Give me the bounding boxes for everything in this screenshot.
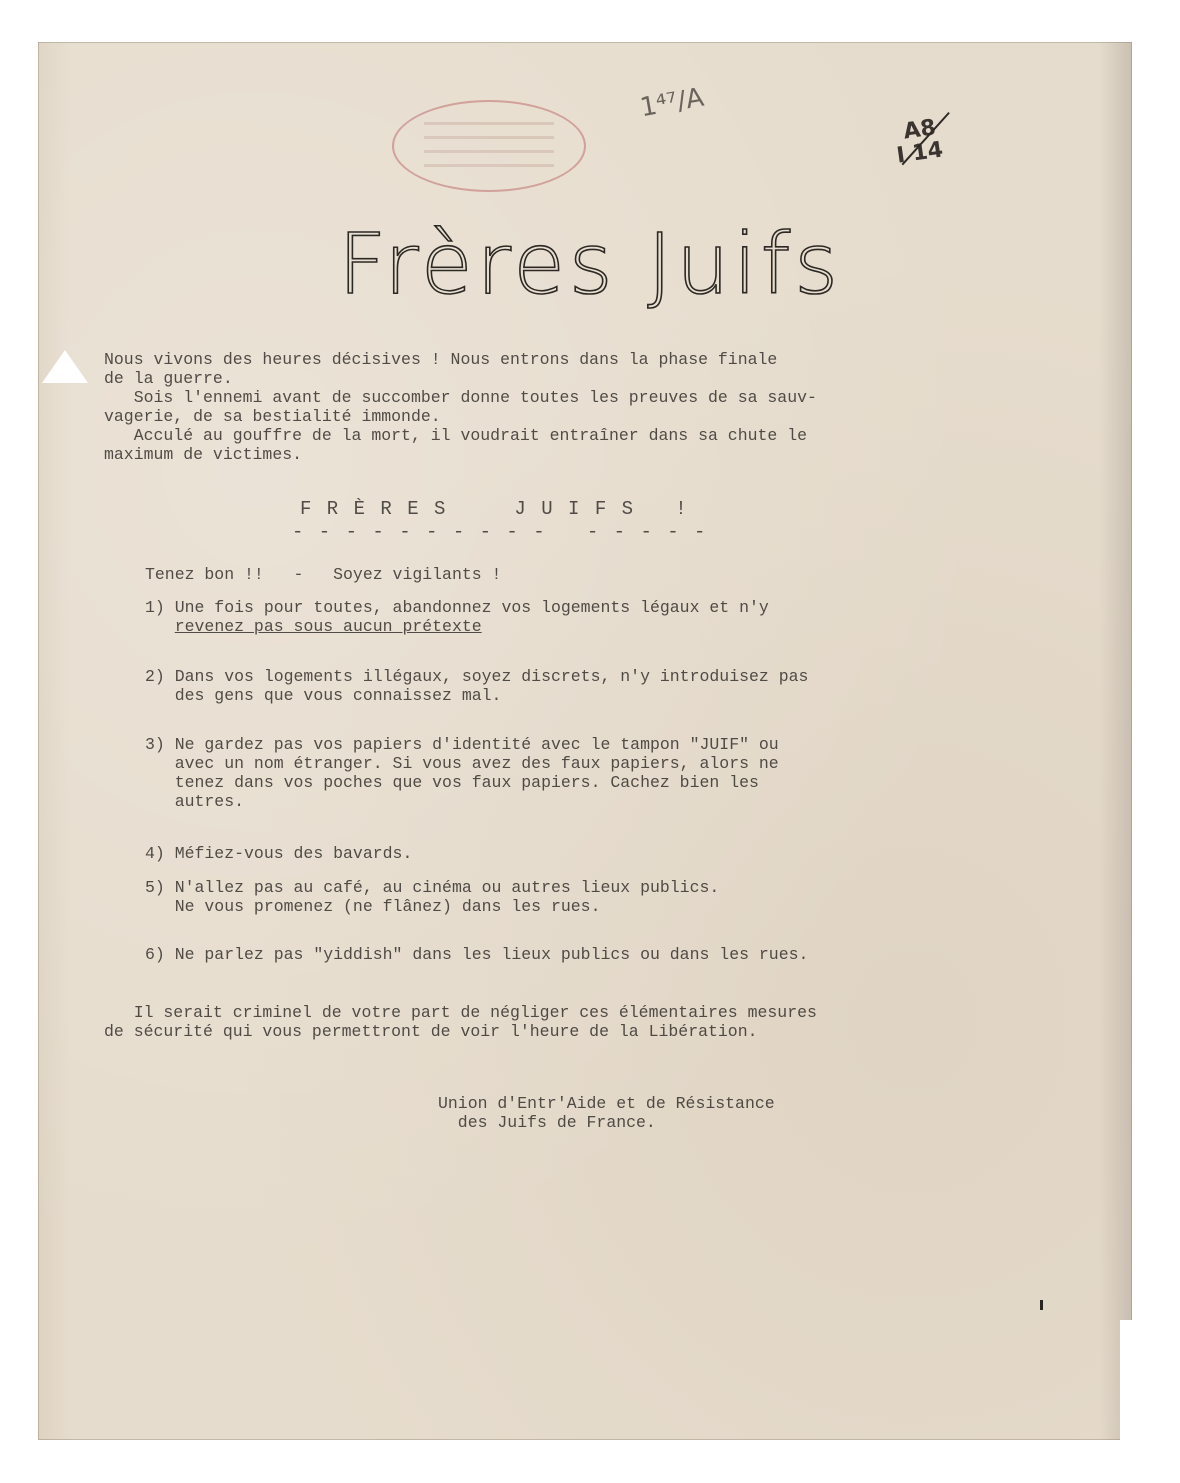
intro-paragraph: Nous vivons des heures décisives ! Nous … [104, 350, 817, 464]
rule-5: 5) N'allez pas au café, au cinéma ou aut… [145, 878, 719, 916]
document-title: Frères Juifs [310, 215, 870, 313]
handwritten-reference-right: A8 I 14 [902, 116, 945, 167]
rule-1: 1) Une fois pour toutes, abandonnez vos … [145, 598, 769, 636]
signature: Union d'Entr'Aide et de Résistance des J… [438, 1094, 775, 1132]
underlined-text: revenez pas sous aucun prétexte [175, 617, 482, 636]
torn-corner [1120, 1320, 1180, 1440]
archive-stamp [392, 100, 586, 192]
rule-3: 3) Ne gardez pas vos papiers d'identité … [145, 735, 779, 811]
rule-2: 2) Dans vos logements illégaux, soyez di… [145, 667, 808, 705]
lead-line: Tenez bon !! - Soyez vigilants ! [145, 565, 501, 584]
ink-mark [1040, 1300, 1043, 1310]
torn-notch [42, 350, 88, 383]
closing-paragraph: Il serait criminel de votre part de négl… [104, 1003, 817, 1041]
heading-underline: - - - - - - - - - - - - - - - [292, 523, 707, 542]
rule-6: 6) Ne parlez pas "yiddish" dans les lieu… [145, 945, 808, 964]
rule-4: 4) Méfiez-vous des bavards. [145, 844, 412, 863]
section-heading: F R È R E S J U I F S ! [300, 500, 689, 519]
